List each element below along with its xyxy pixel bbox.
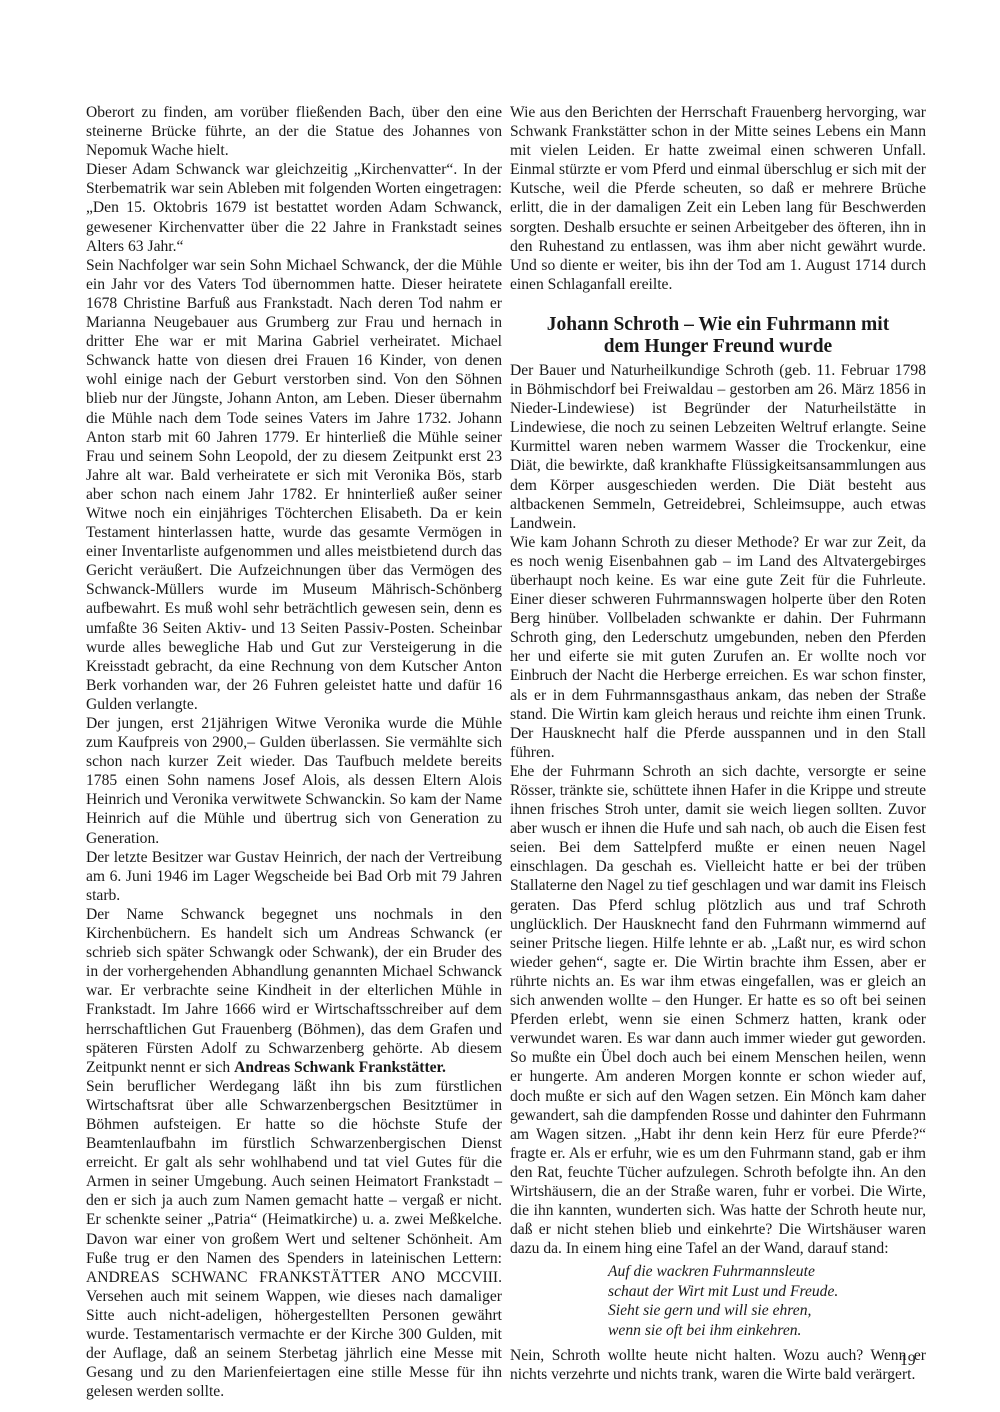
- poem-line: Auf die wackren Fuhrmannsleute: [608, 1262, 926, 1282]
- poem-line: wenn sie oft bei ihm einkehren.: [608, 1321, 926, 1341]
- paragraph-werdegang: Sein beruflicher Werdegang läßt ihn bis …: [86, 1077, 502, 1402]
- paragraph-methode: Wie kam Johann Schroth zu dieser Methode…: [510, 533, 926, 762]
- section-heading: Johann Schroth – Wie ein Fuhrmann mit de…: [510, 314, 926, 358]
- heading-line-2: dem Hunger Freund wurde: [510, 336, 926, 358]
- poem-line: Sieht sie gern und will sie ehren,: [608, 1301, 926, 1321]
- paragraph-michael-schwanck: Sein Nachfolger war sein Sohn Michael Sc…: [86, 256, 502, 714]
- heading-line-1: Johann Schroth – Wie ein Fuhrmann mit: [510, 314, 926, 336]
- andreas-name-bold: Andreas Schwank Frankstätter.: [234, 1059, 446, 1076]
- right-column: Wie aus den Berichten der Herrschaft Fra…: [510, 103, 926, 1385]
- poem-line: schaut der Wirt mit Lust und Freude.: [608, 1282, 926, 1302]
- page-number: 19: [900, 1352, 916, 1370]
- poem: Auf die wackren Fuhrmannsleute schaut de…: [608, 1262, 926, 1340]
- paragraph-schroth-bio: Der Bauer und Naturheilkundige Schroth (…: [510, 361, 926, 533]
- paragraph-gustav-heinrich: Der letzte Besitzer war Gustav Heinrich,…: [86, 848, 502, 905]
- paragraph-adam-schwanck: Dieser Adam Schwanck war gleichzeitig „K…: [86, 160, 502, 255]
- paragraph-closing: Nein, Schroth wollte heute nicht halten.…: [510, 1346, 926, 1384]
- paragraph-veronika: Der jungen, erst 21jährigen Witwe Veroni…: [86, 714, 502, 848]
- paragraph-fuhrmann-story: Ehe der Fuhrmann Schroth an sich dachte,…: [510, 762, 926, 1258]
- andreas-text: Der Name Schwanck begegnet uns nochmals …: [86, 906, 502, 1076]
- paragraph-andreas-schwanck: Der Name Schwanck begegnet uns nochmals …: [86, 905, 502, 1077]
- paragraph-frauenberg: Wie aus den Berichten der Herrschaft Fra…: [510, 103, 926, 294]
- left-column: Oberort zu finden, am vorüber fließenden…: [86, 103, 502, 1401]
- paragraph-oberort: Oberort zu finden, am vorüber fließenden…: [86, 103, 502, 160]
